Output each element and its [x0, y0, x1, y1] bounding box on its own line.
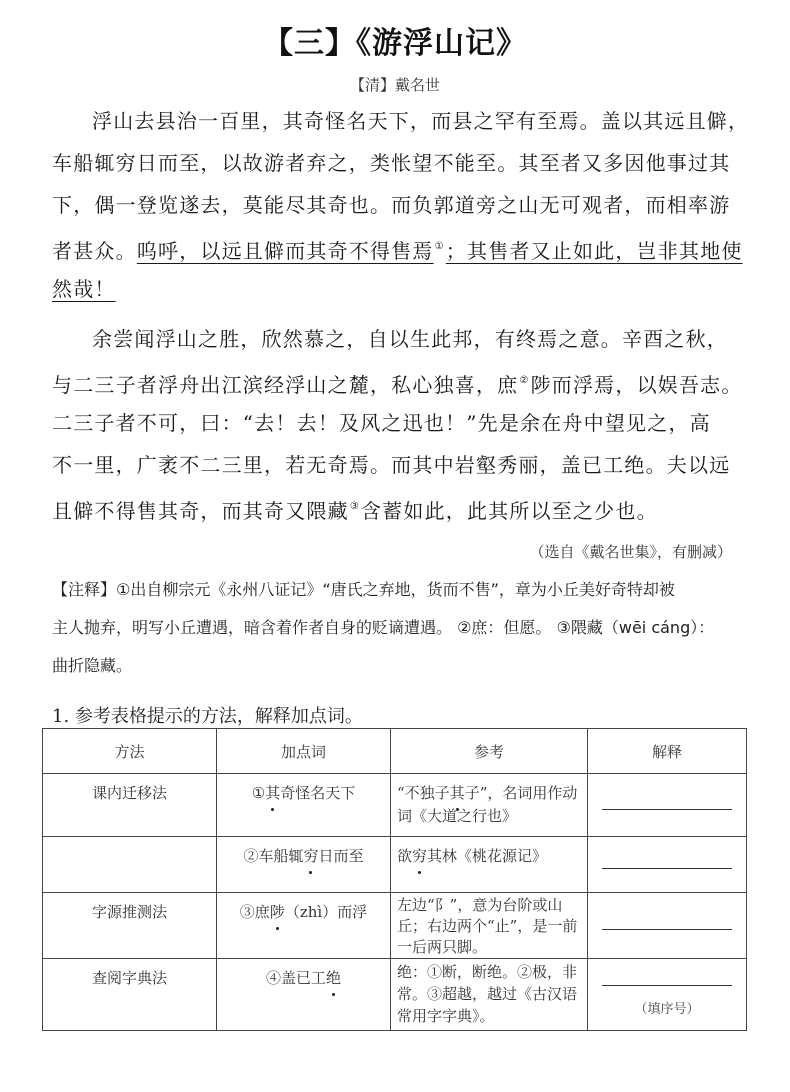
passage-line: 不一里，广袤不二三里，若无奇焉。而其中岩壑秀丽，盖已工绝。夫以远 — [52, 444, 742, 486]
dotted-word-cell: ③庶陟（zhì）而浮 — [217, 893, 391, 959]
word-text: ④盖已工 — [266, 969, 326, 987]
table-row: 课内迁移法 ①其奇怪名天下 “不独子其子”，名词用作动词《大道之行也》 — [43, 774, 747, 837]
footnote-marker-3: ③ — [350, 501, 360, 512]
passage-line: 者甚众。呜呼，以远且僻而其奇不得售焉①；其售者又止如此，岂非其地使 — [52, 226, 742, 268]
dotted-character: 绝 — [326, 967, 341, 990]
passage-text: 陟而浮焉，以娱吾志。 — [531, 373, 743, 397]
table-row: 字源推测法 ③庶陟（zhì）而浮 左边“阝”，意为台阶或山丘；右边两个“止”，是… — [43, 893, 747, 959]
header-explanation: 解释 — [588, 729, 747, 774]
passage-text: 含蓄如此，此其所以至之少也。 — [361, 499, 658, 523]
passage-line: 浮山去县治一百里，其奇怪名天下，而县之罕有至焉。盖以其远且僻， — [52, 100, 742, 142]
word-text: ③庶 — [240, 903, 270, 921]
reference-text: 其林《桃花源记》 — [427, 847, 547, 865]
answer-blank[interactable] — [602, 809, 732, 810]
author-line: 【清】戴名世 — [0, 74, 790, 95]
underlined-sentence: 然哉！ — [52, 277, 116, 301]
answer-blank[interactable] — [602, 929, 732, 930]
answer-cell[interactable] — [588, 837, 747, 893]
annotation-line: 【注释】①出自柳宗元《永州八证记》“唐氏之弃地，货而不售”，章为小丘美好奇特却被 — [52, 571, 752, 609]
table-row: 查阅字典法 ④盖已工绝 绝：①断，断绝。②极，非常。③超越，越过《古汉语常用字字… — [43, 959, 747, 1031]
dotted-character: 穷 — [303, 845, 318, 868]
reference-cell: 欲穷其林《桃花源记》 — [391, 837, 588, 893]
question-prompt: 1. 参考表格提示的方法，解释加点词。 — [52, 702, 363, 728]
reference-text: 欲 — [397, 847, 412, 865]
dotted-word-cell: ①其奇怪名天下 — [217, 774, 391, 837]
reference-cell: 左边“阝”，意为台阶或山丘；右边两个“止”，是一前一后两只脚。 — [391, 893, 588, 959]
dotted-word-cell: ④盖已工绝 — [217, 959, 391, 1031]
reference-cell: 绝：①断，断绝。②极，非常。③超越，越过《古汉语常用字字典》。 — [391, 959, 588, 1031]
answer-blank[interactable] — [602, 868, 732, 869]
passage-text: 者甚众。 — [52, 239, 137, 263]
word-text: （zhì）而浮 — [285, 903, 367, 921]
annotation-line: 主人抛弃，明写小丘遭遇，暗含着作者自身的贬谪遭遇。 ②庶：但愿。 ③隈藏（wēi… — [52, 609, 752, 647]
dotted-character: 穷 — [412, 845, 427, 868]
passage-text: 与二三子者浮舟出江滨经浮山之麓，私心独喜，庶 — [52, 373, 518, 397]
passage-text: 且僻不得售其奇，而其奇又隈藏 — [52, 499, 349, 523]
word-text: 日而至 — [319, 847, 364, 865]
answer-cell[interactable] — [588, 893, 747, 959]
word-text: ②车船辄 — [243, 847, 303, 865]
table-header-row: 方法 加点词 参考 解释 — [43, 729, 747, 774]
header-method: 方法 — [43, 729, 217, 774]
answer-blank[interactable] — [602, 985, 732, 986]
passage-line: 余尝闻浮山之胜，欣然慕之，自以生此邦，有终焉之意。辛酉之秋， — [52, 318, 742, 360]
dotted-word-cell: ②车船辄穷日而至 — [217, 837, 391, 893]
answer-cell[interactable]: （填序号） — [588, 959, 747, 1031]
dotted-character: 陟 — [270, 901, 285, 924]
header-reference: 参考 — [391, 729, 588, 774]
passage-paragraph-2: 余尝闻浮山之胜，欣然慕之，自以生此邦，有终焉之意。辛酉之秋， 与二三子者浮舟出江… — [52, 318, 742, 528]
underlined-sentence: 呜呼，以远且僻而其奇不得售焉 — [137, 239, 434, 263]
passage-line: 二三子者不可，曰：“去！去！及风之迅也！”先是余在舟中望见之，高 — [52, 402, 742, 444]
passage-paragraph-1: 浮山去县治一百里，其奇怪名天下，而县之罕有至焉。盖以其远且僻， 车船辄穷日而至，… — [52, 100, 742, 310]
word-text: ① — [252, 784, 265, 802]
reference-text: “不独子 — [397, 784, 450, 802]
page-title: 【三】《游浮山记》 — [0, 18, 790, 62]
footnote-marker-2: ② — [519, 375, 529, 386]
annotation-line: 曲折隐藏。 — [52, 647, 752, 685]
dotted-character: 其 — [265, 782, 280, 805]
method-cell: 字源推测法 — [43, 893, 217, 959]
method-table: 方法 加点词 参考 解释 课内迁移法 ①其奇怪名天下 “不独子其子”，名词用作动… — [42, 728, 747, 1031]
passage-line: 与二三子者浮舟出江滨经浮山之麓，私心独喜，庶②陟而浮焉，以娱吾志。 — [52, 360, 742, 402]
word-text: 奇怪名天下 — [280, 784, 355, 802]
method-cell: 课内迁移法 — [43, 774, 217, 837]
passage-line: 车船辄穷日而至，以故游者弃之，类怅望不能至。其至者又多因他事过其 — [52, 142, 742, 184]
method-cell: 查阅字典法 — [43, 959, 217, 1031]
reference-cell: “不独子其子”，名词用作动词《大道之行也》 — [391, 774, 588, 837]
annotations: 【注释】①出自柳宗元《永州八证记》“唐氏之弃地，货而不售”，章为小丘美好奇特却被… — [52, 571, 752, 685]
passage-line: 且僻不得售其奇，而其奇又隈藏③含蓄如此，此其所以至之少也。 — [52, 486, 742, 528]
underlined-sentence: ；其售者又止如此，岂非其地使 — [446, 239, 743, 263]
header-dotted-word: 加点词 — [217, 729, 391, 774]
dotted-character: 其 — [450, 782, 465, 805]
footnote-marker-1: ① — [435, 241, 445, 252]
passage-line: 然哉！ — [52, 268, 742, 310]
method-cell — [43, 837, 217, 893]
reference-text: 绝：①断，断绝。②极，非常。③超越，越过《古汉语常用字字典》。 — [397, 963, 577, 1025]
table-row: ②车船辄穷日而至 欲穷其林《桃花源记》 — [43, 837, 747, 893]
reference-text: 左边“阝”，意为台阶或山丘；右边两个“止”，是一前一后两只脚。 — [397, 896, 577, 956]
source-citation: （选自《戴名世集》，有删减） — [529, 541, 732, 562]
answer-cell[interactable] — [588, 774, 747, 837]
fill-number-hint: （填序号） — [588, 998, 746, 1021]
passage-line: 下，偶一登览遂去，莫能尽其奇也。而负郭道旁之山无可观者，而相率游 — [52, 184, 742, 226]
